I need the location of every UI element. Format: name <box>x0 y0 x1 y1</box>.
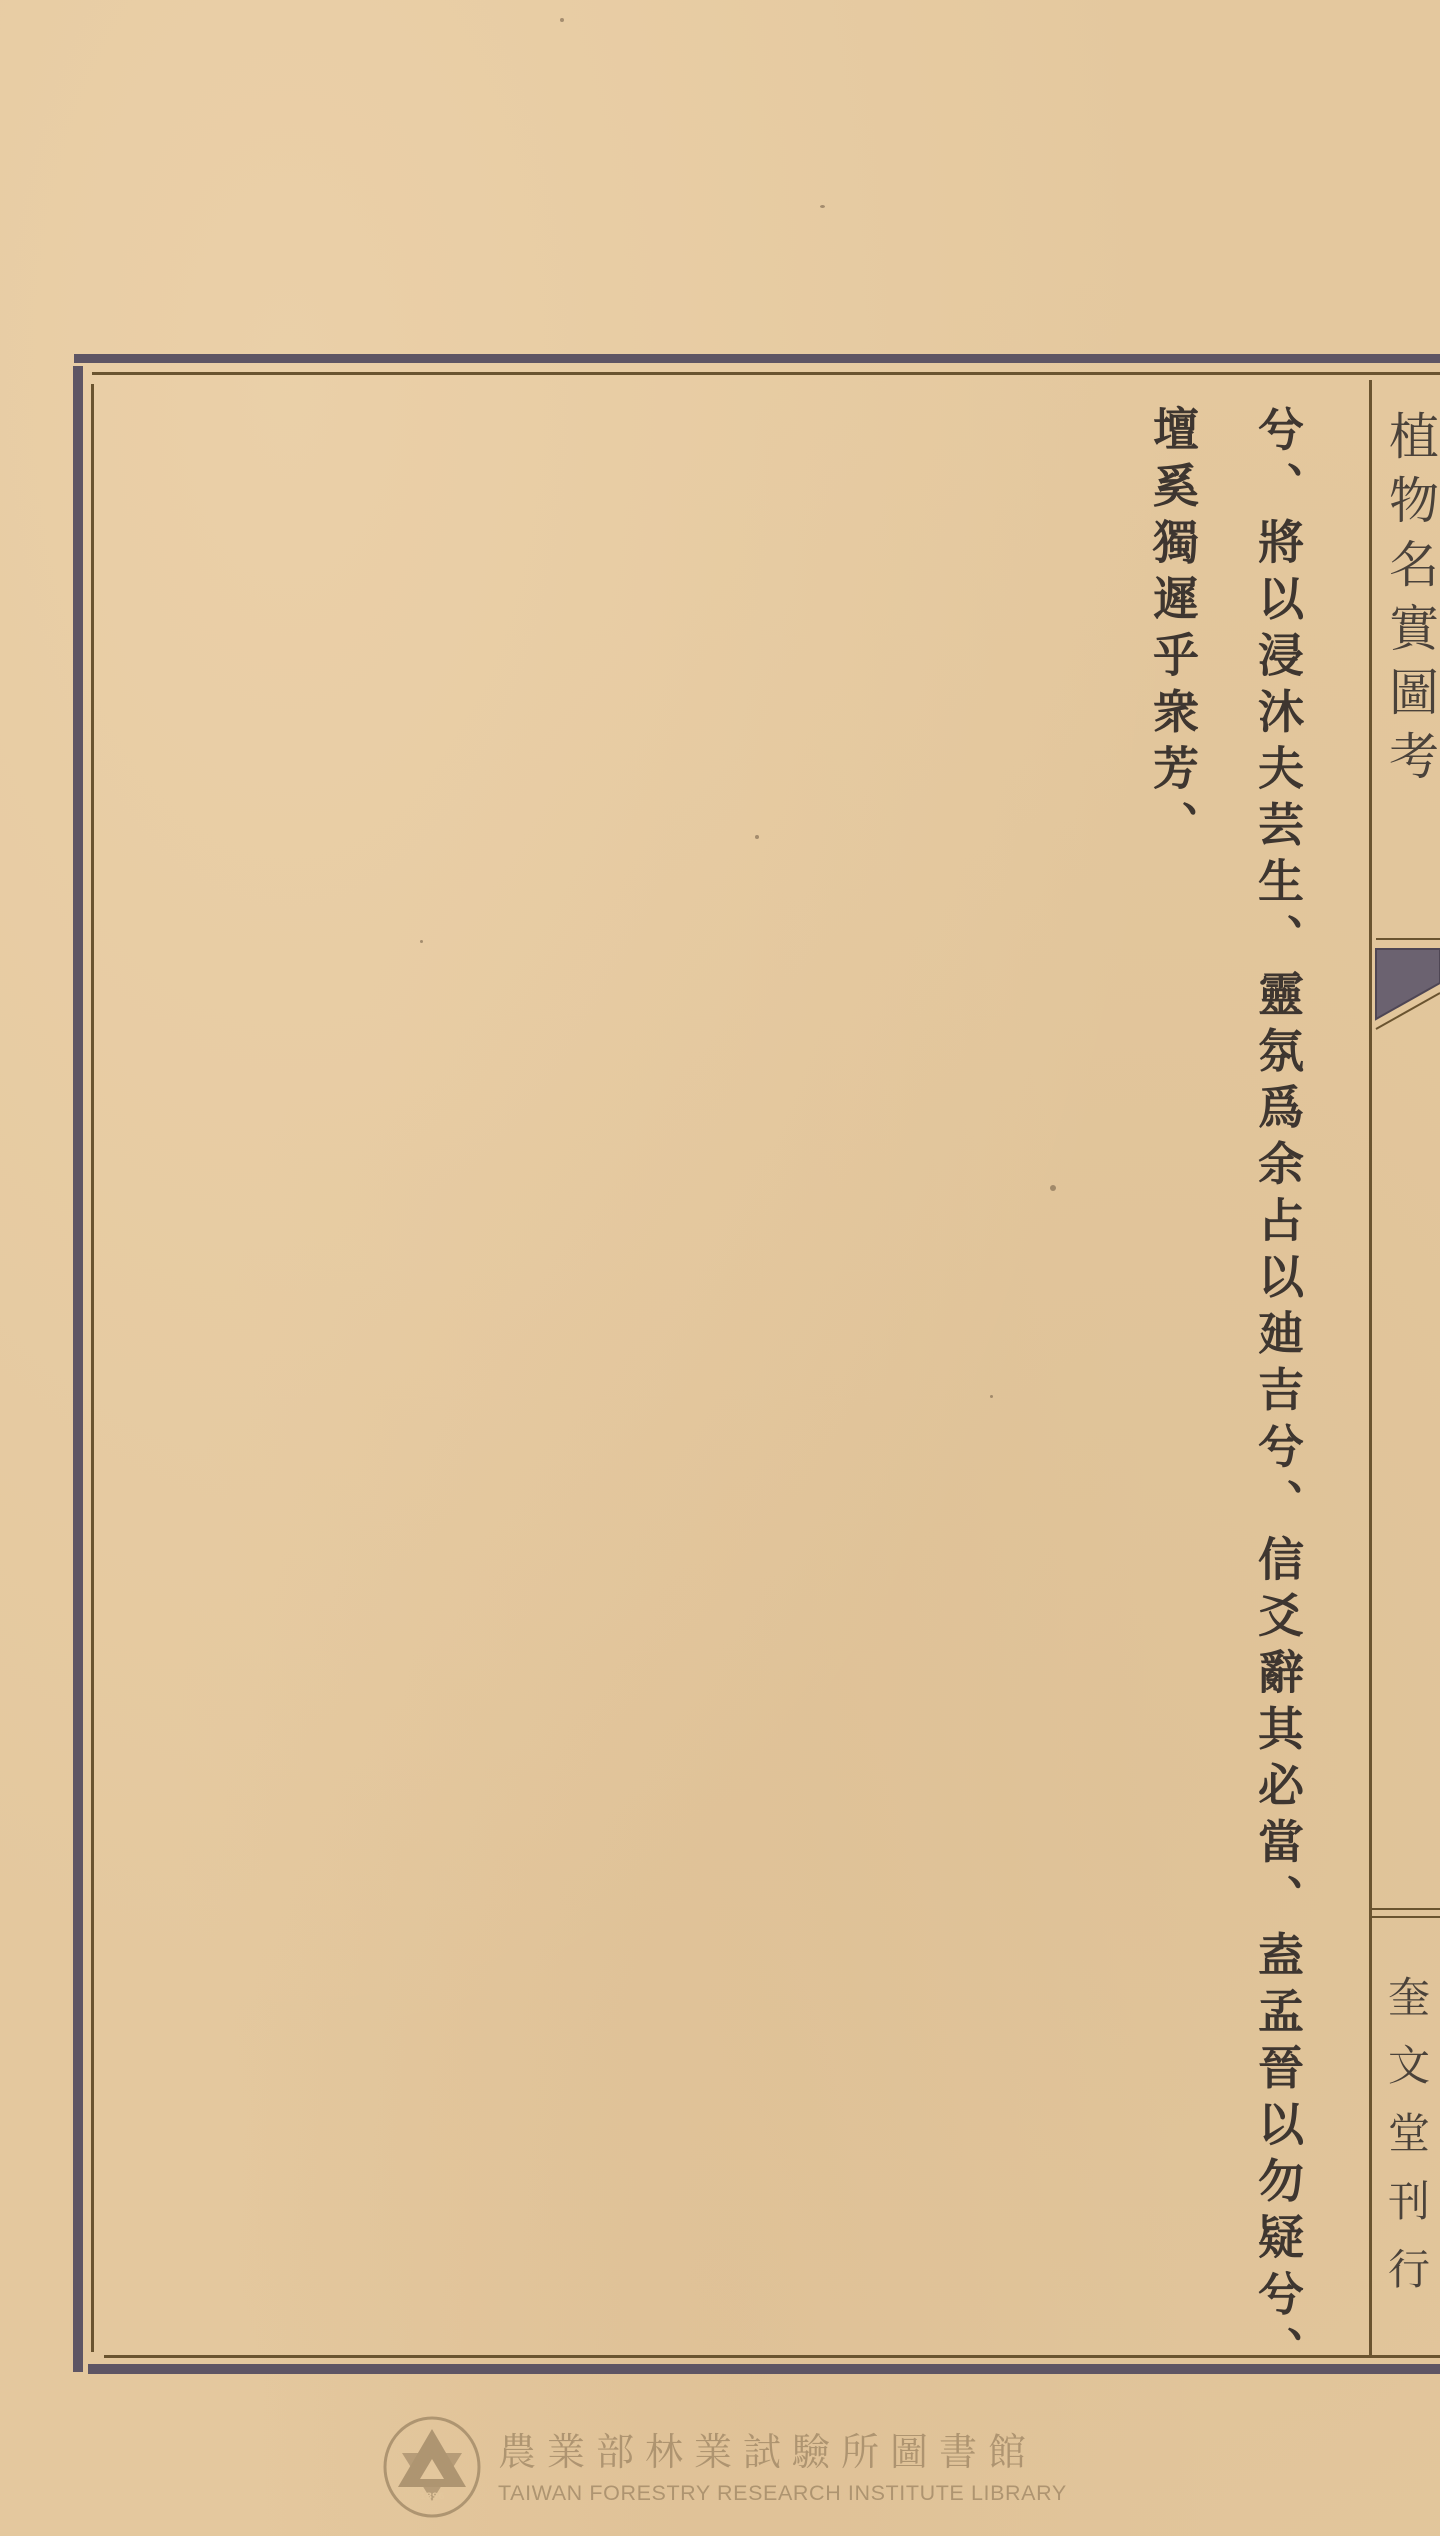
paper-speck <box>420 940 423 943</box>
text-column-1: 兮、將以浸沐夫芸生、靈氛爲余占以廸吉兮、信爻辭其必當、盍孟晉以勿疑兮、 <box>1248 405 1308 2383</box>
publisher-column: 奎文堂刊行 <box>1378 1975 1434 2315</box>
paper-speck <box>990 1395 993 1398</box>
book-title-column: 植物名實圖考 <box>1386 410 1440 794</box>
frame-outer-top-border <box>74 354 1440 363</box>
frame-outer-left-border <box>73 366 83 2372</box>
frame-outer-bottom-border <box>88 2364 1440 2374</box>
library-logo-icon: 1896 <box>380 2415 484 2519</box>
frame-inner-top-border <box>92 372 1440 375</box>
watermark-text: 農業部林業試驗所圖書館 TAIWAN FORESTRY RESEARCH INS… <box>498 2429 1067 2506</box>
publisher-rule-top <box>1372 1908 1440 1910</box>
paper-speck <box>1050 1185 1056 1191</box>
text-column-2: 壇奚獨遲乎衆芳、 <box>1143 405 1203 857</box>
library-watermark: 1896 農業部林業試驗所圖書館 TAIWAN FORESTRY RESEARC… <box>380 2412 1070 2522</box>
paper-speck <box>755 835 759 839</box>
center-fold-separator <box>1369 380 1372 2356</box>
watermark-name-en: TAIWAN FORESTRY RESEARCH INSTITUTE LIBRA… <box>498 2481 1067 2506</box>
frame-inner-left-border <box>91 384 94 2352</box>
publisher-rule-bottom <box>1372 1916 1440 1918</box>
svg-text:1896: 1896 <box>419 2492 444 2502</box>
watermark-name-zh: 農業部林業試驗所圖書館 <box>498 2429 1067 2475</box>
frame-inner-bottom-border <box>104 2355 1440 2358</box>
paper-speck <box>560 18 564 22</box>
fishtail-ornament-icon <box>1372 935 1440 1031</box>
paper-speck <box>820 205 825 208</box>
